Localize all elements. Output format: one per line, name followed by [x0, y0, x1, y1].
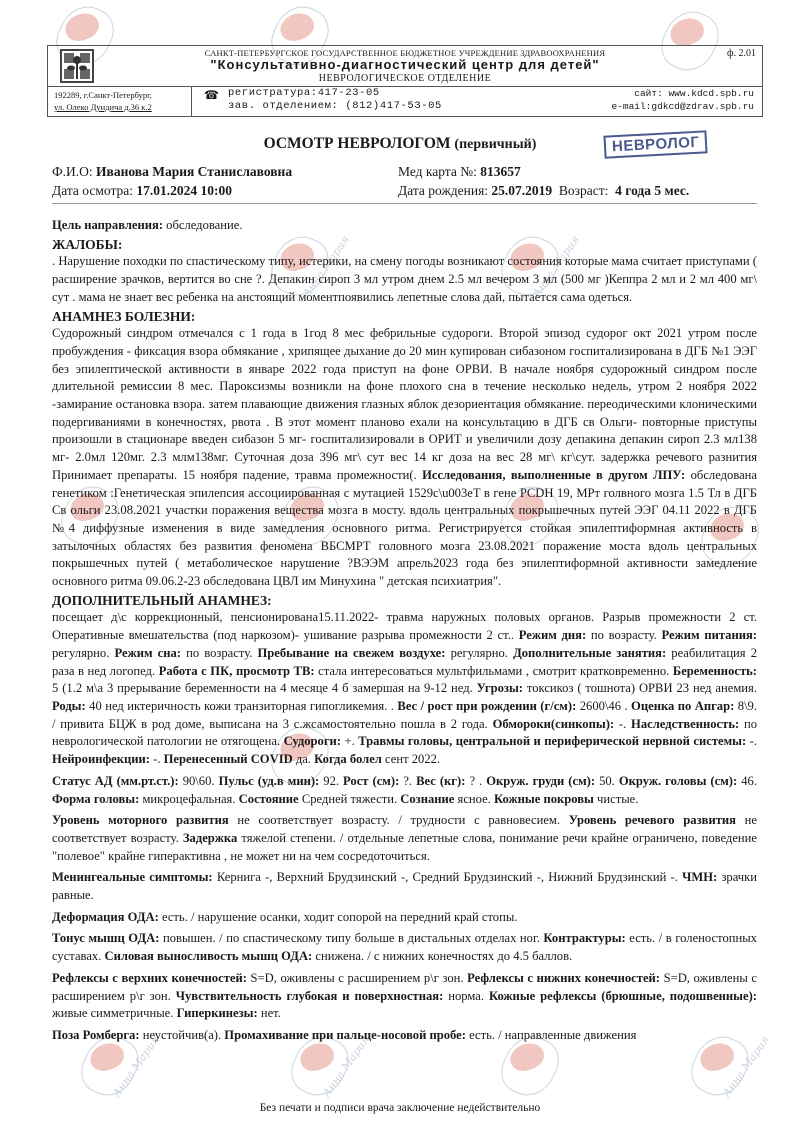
title: ОСМОТР НЕВРОЛОГОМ [264, 135, 451, 152]
phone-registry: регистратура:417-23-05 [228, 87, 442, 100]
additional-history-text: посещает д\с коррекционный, пенсионирова… [52, 609, 757, 768]
head-circ-label: Окруж. головы (см): [619, 774, 737, 788]
muscle-tone: Тонус мышц ОДА: повышен. / по спастическ… [52, 930, 757, 965]
condition-label: Состояние [239, 792, 299, 806]
covid-when: сент 2022. [385, 752, 440, 766]
exam-date-row: Дата осмотра: 17.01.2024 10:00 [52, 181, 232, 200]
skin: чистые. [597, 792, 638, 806]
status-vitals: Статус АД (мм.рт.ст.): 90\60. Пульс (уд.… [52, 773, 757, 808]
day-mode: по возрасту. [591, 628, 657, 642]
section-heading-complaints: ЖАЛОБЫ: [52, 236, 757, 254]
neurologist-stamp: НЕВРОЛОГ [603, 130, 708, 158]
head-form: микроцефальная. [142, 792, 235, 806]
reflex-lower-label: Рефлексы с нижних конечностей: [467, 971, 660, 985]
speech-label: Уровень речевого развития [569, 813, 736, 827]
consciousness: ясное. [458, 792, 491, 806]
reflex-upper-label: Рефлексы с верхних конечностей: [52, 971, 247, 985]
outdoor: регулярно. [451, 646, 508, 660]
nutrition-label: Режим питания: [662, 628, 757, 642]
pulse: 92. [323, 774, 339, 788]
med-card-number: 813657 [480, 164, 521, 179]
hyperkinesis: нет. [261, 1006, 281, 1020]
romberg-label: Поза Ромберга: [52, 1028, 140, 1042]
heredity-label: Наследственность: [631, 717, 739, 731]
pregnancy: 5 (1.2 м\а 3 прерывание беременности на … [52, 681, 473, 695]
sensitivity-label: Чувствительность глубокая и поверхностна… [176, 989, 444, 1003]
height: ?. [403, 774, 412, 788]
skin-reflex-label: Кожные рефлексы (брюшные, подошвенные): [489, 989, 757, 1003]
letterhead-top-row: САНКТ-ПЕТЕРБУРГСКОЕ ГОСУДАРСТВЕННОЕ БЮДЖ… [48, 46, 762, 87]
syncope: -. [619, 717, 626, 731]
purpose-label: Цель направления: [52, 218, 163, 232]
clinic-address: 192289, г.Санкт-Петербург, ул. Олеко Дун… [54, 89, 152, 113]
motor-label: Уровень моторного развития [52, 813, 229, 827]
section-heading-additional: ДОПОЛНИТЕЛЬНЫЙ АНАМНЕЗ: [52, 592, 757, 610]
cn-label: ЧМН: [682, 870, 717, 884]
tone: повышен. / по спастическому типу больше … [163, 931, 540, 945]
covid: да. [296, 752, 311, 766]
birth-proc: 40 нед иктеричность кожи транзиторная ги… [89, 699, 394, 713]
meningeal-symptoms: Менингеальные симптомы: Кернига -, Верхн… [52, 869, 757, 904]
complaints-text: . Нарушение походки по спастическому тип… [52, 253, 757, 306]
tone-label: Тонус мышц ОДА: [52, 931, 159, 945]
contract-label: Контрактуры: [543, 931, 625, 945]
seizures-label: Судороги: [284, 734, 341, 748]
injuries-label: Травмы головы, центральной и периферичес… [358, 734, 746, 748]
studies-label: Исследования, выполненные в другом ЛПУ: [422, 468, 685, 482]
title-sub: (первичный) [454, 137, 536, 152]
threats: токсикоз ( тошнота) ОРВИ 23 нед анемия. [527, 681, 757, 695]
day-mode-label: Режим дня: [519, 628, 586, 642]
weight-label: Вес (кг): [416, 774, 465, 788]
outdoor-label: Пребывание на свежем воздухе: [258, 646, 446, 660]
patient-name-row: Ф.И.О: Иванова Мария Станиславовна [52, 162, 292, 181]
footer-note: Без печати и подписи врача заключение не… [0, 1102, 800, 1114]
divider [52, 203, 757, 204]
meningeal-label: Менингеальные симптомы: [52, 870, 213, 884]
chest-label: Окруж. груди (см): [486, 774, 595, 788]
form-number: ф. 2.01 [727, 48, 756, 59]
reflex-upper: S=D, оживлены с расширением р\г зон. [251, 971, 464, 985]
name-label: Ф.И.О: [52, 164, 93, 179]
oda-deformation: Деформация ОДА: есть. / нарушение осанки… [52, 909, 757, 927]
pc-tv: стала интересоваться мультфильмами , смо… [318, 664, 669, 678]
consciousness-label: Сознание [400, 792, 454, 806]
phone-head: зав. отделением: (812)417-53-05 [228, 100, 442, 113]
strength-label: Силовая выносливость мышц ОДА: [105, 949, 313, 963]
referral-purpose: Цель направления: обследование. [52, 217, 757, 235]
status-bp-label: Статус АД (мм.рт.ст.): [52, 774, 179, 788]
hyperkinesis-label: Гиперкинезы: [177, 1006, 258, 1020]
patient-name: Иванова Мария Станиславовна [96, 164, 292, 179]
meningeal: Кернига -, Верхний Брудзинский -, Средни… [217, 870, 678, 884]
delay-label: Задержка [183, 831, 237, 845]
birth-date-row: Дата рождения: 25.07.2019 Возраст: 4 год… [398, 181, 689, 200]
address-line1: 192289, г.Санкт-Петербург, [54, 89, 152, 101]
weight: ? . [469, 774, 482, 788]
skin-label: Кожные покровы [494, 792, 594, 806]
threats-label: Угрозы: [477, 681, 523, 695]
age-label: Возраст: [559, 183, 608, 198]
website-link[interactable]: сайт: www.kdcd.spb.ru [611, 87, 754, 100]
exam-date: 17.01.2024 10:00 [136, 183, 232, 198]
seizures: +. [344, 734, 354, 748]
history-text: Судорожный синдром отмечался с 1 года в … [52, 325, 757, 591]
clinic-phones: регистратура:417-23-05 зав. отделением: … [228, 87, 442, 113]
apgar-label: Оценка по Апгар: [631, 699, 734, 713]
head-form-label: Форма головы: [52, 792, 139, 806]
romberg: неустойчив(а). [143, 1028, 221, 1042]
oda-deform: есть. / нарушение осанки, ходит сопорой … [162, 910, 518, 924]
development-level: Уровень моторного развития не соответств… [52, 812, 757, 865]
skin-reflex: живые симметричные. [52, 1006, 173, 1020]
history-text1: Судорожный синдром отмечался с 1 года в … [52, 326, 757, 482]
chest: 50. [599, 774, 615, 788]
motor: не соответствует возрасту. / трудности с… [237, 813, 560, 827]
sleep: по возрасту. [186, 646, 252, 660]
divider [191, 86, 192, 116]
pc-tv-label: Работа с ПК, просмотр ТВ: [159, 664, 315, 678]
med-card-row: Мед карта №: 813657 [398, 162, 521, 181]
oda-deform-label: Деформация ОДА: [52, 910, 159, 924]
birth-proc-label: Роды: [52, 699, 86, 713]
syncope-label: Обмороки(синкопы): [493, 717, 615, 731]
romberg-test: Поза Ромберга: неустойчив(а). Промахиван… [52, 1027, 757, 1045]
head-circ: 46. [741, 774, 757, 788]
clinic-web: сайт: www.kdcd.spb.ru e-mail:gdkcd@zdrav… [611, 87, 754, 113]
org-name-line2: "Консультативно-диагностический центр дл… [48, 57, 762, 72]
nutrition: регулярно. [52, 646, 109, 660]
status-bp: 90\60. [183, 774, 215, 788]
birth-weight: 2600\46 . [580, 699, 628, 713]
birth-date: 25.07.2019 [491, 183, 552, 198]
card-label: Мед карта №: [398, 164, 477, 179]
extra-activities-label: Дополнительные занятия: [513, 646, 666, 660]
reflexes: Рефлексы с верхних конечностей: S=D, ожи… [52, 970, 757, 1023]
address-line2: ул. Олеко Дундича д.36 к.2 [54, 101, 152, 113]
exam-date-label: Дата осмотра: [52, 183, 133, 198]
patient-age: 4 года 5 мес. [615, 183, 689, 198]
neuroinf: -. [153, 752, 160, 766]
email-link[interactable]: e-mail:gdkcd@zdrav.spb.ru [611, 100, 754, 113]
exam-content: Цель направления: обследование. ЖАЛОБЫ: … [52, 217, 757, 1045]
height-label: Рост (см): [343, 774, 399, 788]
neuroinf-label: Нейроинфекции: [52, 752, 150, 766]
pulse-label: Пульс (уд.в мин): [219, 774, 320, 788]
finger-nose-label: Промахивание при пальце-носовой пробе: [224, 1028, 466, 1042]
studies-text: обследована генетиком :Генетическая эпил… [52, 468, 757, 588]
strength: снижена. / с нижних конечностях до 4.5 б… [315, 949, 572, 963]
birth-weight-label: Вес / рост при рождении (г/см): [397, 699, 576, 713]
covid-label: Перенесенный COVID [164, 752, 293, 766]
injuries: -. [750, 734, 757, 748]
letterhead: САНКТ-ПЕТЕРБУРГСКОЕ ГОСУДАРСТВЕННОЕ БЮДЖ… [47, 45, 763, 117]
finger-nose: есть. / направленные движения [469, 1028, 636, 1042]
department-name: НЕВРОЛОГИЧЕСКОЕ ОТДЕЛЕНИЕ [48, 73, 762, 84]
pregnancy-label: Беременность: [673, 664, 757, 678]
condition: Средней тяжести. [302, 792, 397, 806]
purpose: обследование. [166, 218, 242, 232]
covid-when-label: Когда болел [314, 752, 382, 766]
birth-label: Дата рождения: [398, 183, 488, 198]
sleep-label: Режим сна: [114, 646, 181, 660]
section-heading-history: АНАМНЕЗ БОЛЕЗНИ: [52, 308, 757, 326]
sensitivity: норма. [448, 989, 484, 1003]
telephone-icon: ☎ [204, 88, 219, 103]
